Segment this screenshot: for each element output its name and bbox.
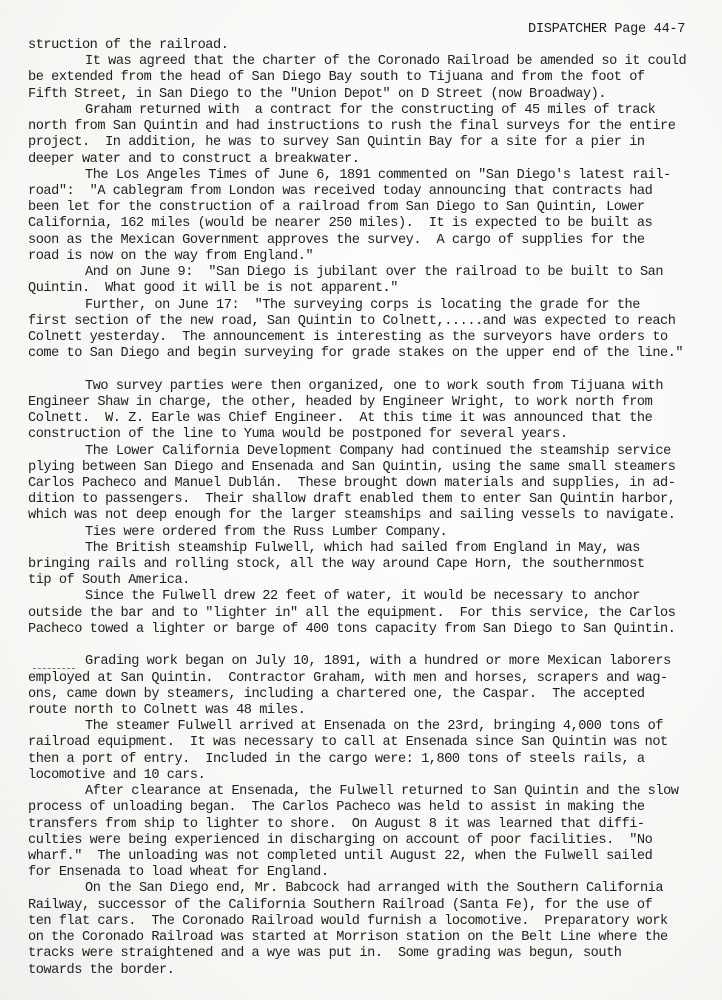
text-line: Grading work began on July 10, 1891, wit…	[85, 654, 671, 670]
text-line: tracks were straightened and a wye was p…	[28, 946, 621, 962]
text-line: Engineer Shaw in charge, the other, head…	[28, 395, 652, 411]
text-line: tip of South America.	[28, 573, 190, 589]
text-line: on the Coronado Railroad was started at …	[28, 930, 668, 946]
text-line: deeper water and to construct a breakwat…	[28, 152, 359, 168]
text-line: north from San Quintin and had instructi…	[28, 119, 675, 135]
text-line: The Lower California Development Company…	[85, 444, 671, 460]
text-line: Railway, successor of the California Sou…	[28, 898, 652, 914]
text-line: On the San Diego end, Mr. Babcock had ar…	[85, 881, 663, 897]
text-line: plying between San Diego and Ensenada an…	[28, 460, 675, 476]
text-line: which was not deep enough for the larger…	[28, 508, 675, 524]
text-line: Quintin. What good it will be is not app…	[28, 281, 398, 297]
text-line: culties were being experienced in discha…	[28, 833, 652, 849]
text-line: Colnett yesterday. The announcement is i…	[28, 330, 668, 346]
text-line: The Los Angeles Times of June 6, 1891 co…	[85, 168, 671, 184]
text-line: outside the bar and to "lighter in" all …	[28, 606, 675, 622]
text-line: be extended from the head of San Diego B…	[28, 70, 645, 86]
text-line: for Ensenada to load wheat for England.	[28, 865, 329, 881]
text-line: road is now on the way from England."	[28, 249, 313, 265]
text-line: towards the border.	[28, 963, 174, 979]
text-line: Carlos Pacheco and Manuel Dublán. These …	[28, 476, 675, 492]
text-line: come to San Diego and begin surveying fo…	[28, 346, 683, 362]
text-line: been let for the construction of a railr…	[28, 200, 645, 216]
text-line: project. In addition, he was to survey S…	[28, 135, 645, 151]
text-line: employed at San Quintin. Contractor Grah…	[28, 671, 668, 687]
text-line: transfers from ship to lighter to shore.…	[28, 817, 645, 833]
text-line: Two survey parties were then organized, …	[85, 379, 663, 395]
text-line: Since the Fulwell drew 22 feet of water,…	[85, 589, 640, 605]
text-line: road": "A cablegram from London was rece…	[28, 184, 652, 200]
text-line: soon as the Mexican Government approves …	[28, 233, 645, 249]
text-line: wharf." The unloading was not completed …	[28, 849, 652, 865]
text-line: Further, on June 17: "The surveying corp…	[85, 298, 640, 314]
text-line: ons, came down by steamers, including a …	[28, 687, 645, 703]
text-line: construction of the line to Yuma would b…	[28, 427, 568, 443]
page-header: DISPATCHER Page 44-7	[528, 22, 685, 37]
text-line: And on June 9: "San Diego is jubilant ov…	[85, 265, 663, 281]
text-line: first section of the new road, San Quint…	[28, 314, 675, 330]
text-line: The British steamship Fulwell, which had…	[85, 541, 640, 557]
text-line: Pacheco towed a lighter or barge of 400 …	[28, 622, 675, 638]
text-line: Colnett. W. Z. Earle was Chief Engineer.…	[28, 411, 652, 427]
text-line: After clearance at Ensenada, the Fulwell…	[85, 784, 678, 800]
text-line: route north to Colnett was 48 miles.	[28, 703, 305, 719]
text-line: then a port of entry. Included in the ca…	[28, 752, 645, 768]
text-line: ten flat cars. The Coronado Railroad wou…	[28, 914, 668, 930]
text-line: Ties were ordered from the Russ Lumber C…	[85, 525, 447, 541]
text-line: dition to passengers. Their shallow draf…	[28, 492, 675, 508]
text-line: struction of the railroad.	[28, 38, 228, 54]
text-line: It was agreed that the charter of the Co…	[85, 54, 686, 70]
text-line: Fifth Street, in San Diego to the "Union…	[28, 87, 606, 103]
text-line: The steamer Fulwell arrived at Ensenada …	[85, 719, 663, 735]
text-line: locomotive and 10 cars.	[28, 768, 205, 784]
text-line: Graham returned with a contract for the …	[85, 103, 655, 119]
text-line: process of unloading began. The Carlos P…	[28, 800, 645, 816]
document-page: DISPATCHER Page 44-7 struction of the ra…	[0, 0, 722, 1000]
text-line: bringing rails and rolling stock, all th…	[28, 557, 645, 573]
text-line: California, 162 miles (would be nearer 2…	[28, 216, 652, 232]
margin-dash-mark	[33, 668, 75, 669]
text-line: railroad equipment. It was necessary to …	[28, 735, 668, 751]
